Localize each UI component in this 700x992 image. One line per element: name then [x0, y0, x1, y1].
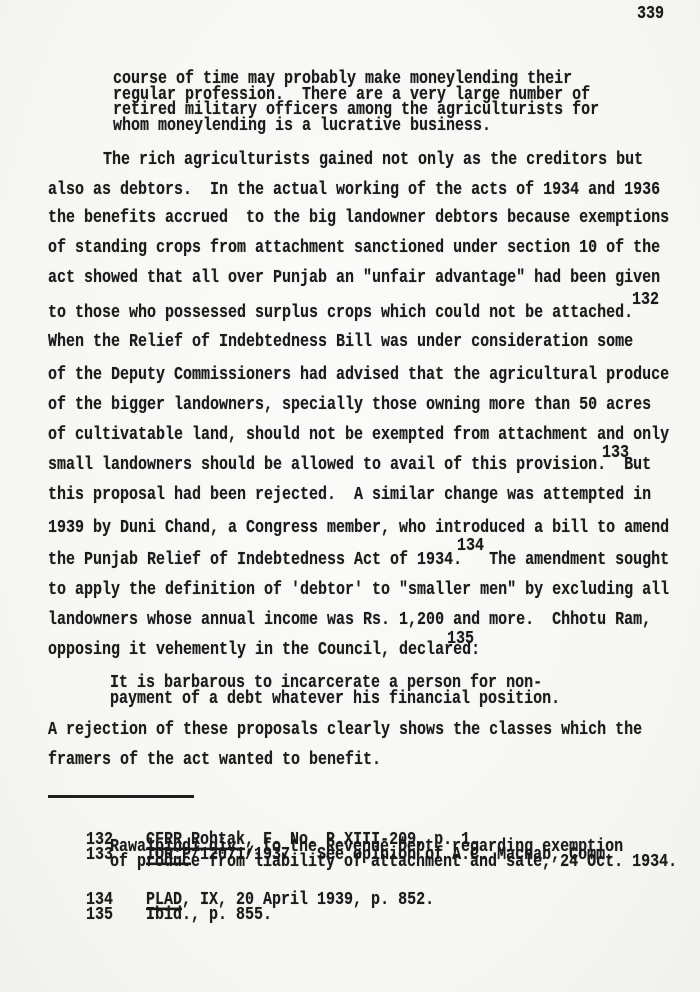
body-line: act showed that all over Punjab an "unfa…: [48, 267, 660, 290]
body-line: of cultivatable land, should not be exem…: [48, 424, 669, 447]
body-line: to those who possessed surplus crops whi…: [48, 302, 633, 325]
body-line: to apply the definition of 'debtor' to "…: [48, 579, 669, 602]
body-line: small landowners should be allowed to av…: [48, 454, 651, 477]
body-line: also as debtors. In the actual working o…: [48, 179, 660, 202]
body-line: this proposal had been rejected. A simil…: [48, 484, 651, 507]
body-line: framers of the act wanted to benefit.: [48, 749, 381, 772]
body-line: of the bigger landowners, specially thos…: [48, 394, 651, 417]
body-line: 1939 by Duni Chand, a Congress member, w…: [48, 517, 669, 540]
body-line: The rich agriculturists gained not only …: [103, 149, 643, 172]
body-line: of standing crops from attachment sancti…: [48, 237, 660, 260]
body-line: opposing it vehemently in the Council, d…: [48, 639, 480, 662]
body-line: landowners whose annual income was Rs. 1…: [48, 609, 651, 632]
body-line: A rejection of these proposals clearly s…: [48, 719, 642, 742]
footnote-number: 135: [86, 904, 146, 927]
footnote-marker-133: 133: [602, 442, 629, 465]
body-line: the Punjab Relief of Indebtedness Act of…: [48, 549, 669, 572]
blockquote-line: whom moneylending is a lucrative busines…: [113, 115, 491, 138]
body-line: When the Relief of Indebtedness Bill was…: [48, 331, 633, 354]
footnote-separator-rule: [48, 795, 194, 798]
footnote-marker-132: 132: [632, 289, 659, 312]
footnote-text: Ibid., p. 855.: [146, 904, 272, 925]
blockquote-line: payment of a debt whatever his financial…: [110, 688, 560, 711]
footnote-marker-135: 135: [447, 628, 474, 651]
body-line: the benefits accrued to the big landowne…: [48, 207, 669, 230]
footnote-135: 135Ibid., p. 855.: [50, 881, 272, 949]
footnote-marker-134: 134: [457, 535, 484, 558]
page-number: 339: [637, 3, 664, 26]
body-line: of the Deputy Commissioners had advised …: [48, 364, 669, 387]
scanned-document-page: 339 course of time may probably make mon…: [0, 0, 700, 992]
